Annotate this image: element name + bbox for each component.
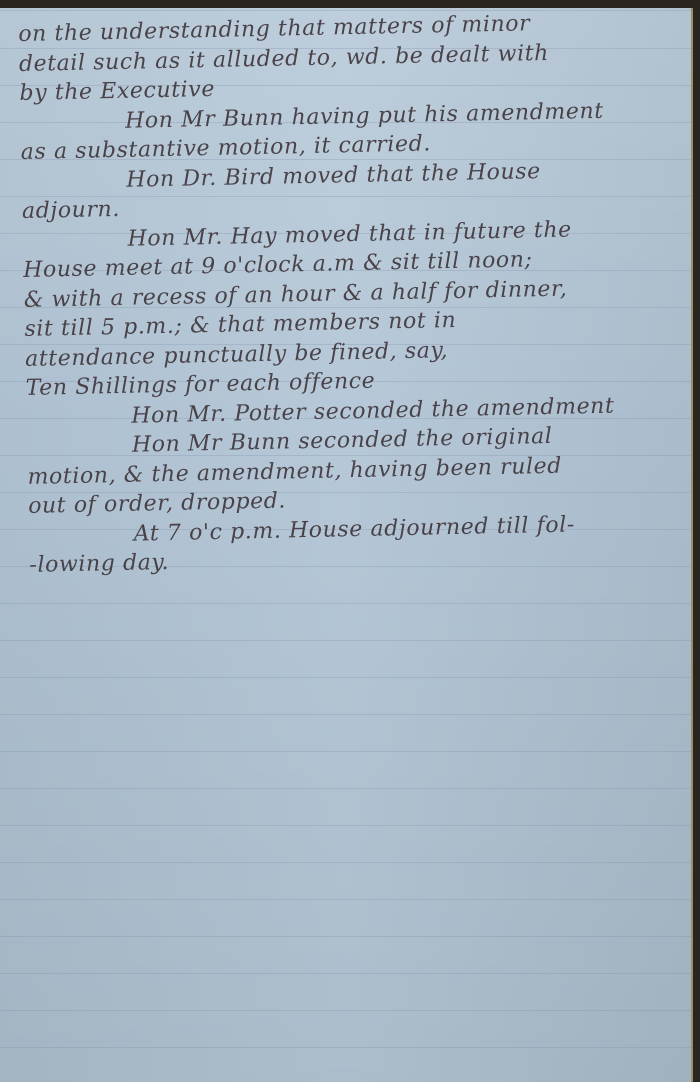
manuscript-page: on the understanding that matters of min… — [0, 8, 693, 1082]
handwritten-text: on the understanding that matters of min… — [18, 8, 690, 580]
scan-frame: on the understanding that matters of min… — [0, 0, 700, 1082]
